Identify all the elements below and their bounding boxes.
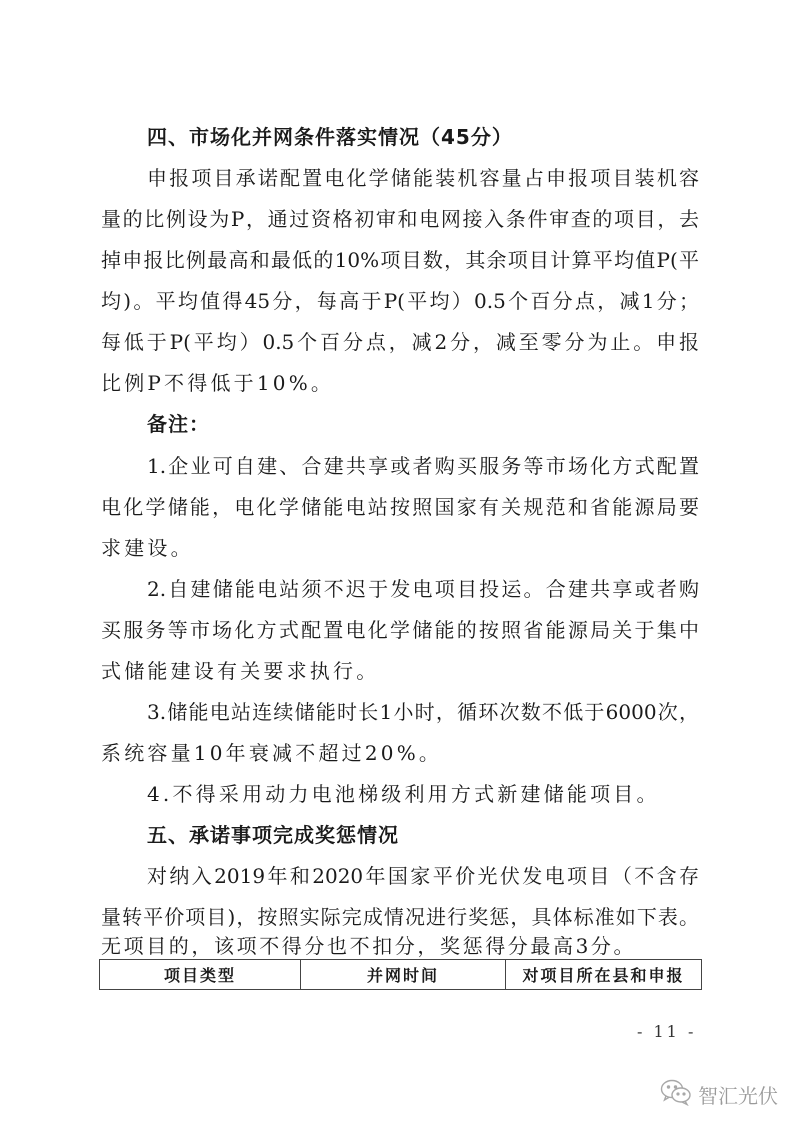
wechat-icon: [660, 1078, 692, 1111]
paragraph-line: 均)。平均值得45分，每高于P(平均）0.5个百分点，减1分；: [101, 287, 699, 315]
paragraph-line: 对纳入2019年和2020年国家平价光伏发电项目（不含存: [147, 862, 699, 890]
note-2-line: 式储能建设有关要求执行。: [101, 657, 699, 685]
note-1-line: 求建设。: [101, 534, 699, 562]
watermark-text: 智汇光伏: [698, 1080, 778, 1109]
document-page: 四、市场化并网条件落实情况（45分） 申报项目承诺配置电化学储能装机容量占申报项…: [0, 0, 800, 1131]
note-3-line: 3.储能电站连续储能时长1小时，循环次数不低于6000次，: [147, 698, 699, 726]
note-2-line: 2.自建储能电站须不迟于发电项目投运。合建共享或者购: [147, 575, 699, 603]
note-3-line: 系统容量10年衰减不超过20%。: [101, 739, 699, 767]
column-header-project-type: 项目类型: [100, 960, 301, 990]
section-5-heading: 五、承诺事项完成奖惩情况: [147, 821, 699, 849]
note-1-line: 1.企业可自建、合建共享或者购买服务等市场化方式配置: [147, 452, 699, 480]
column-header-county-declaration: 对项目所在县和申报: [506, 960, 702, 990]
section-4-heading: 四、市场化并网条件落实情况（45分）: [147, 123, 699, 151]
page-number: - 11 -: [637, 1022, 696, 1041]
column-header-grid-time: 并网时间: [301, 960, 506, 990]
paragraph-line: 无项目的，该项不得分也不扣分，奖惩得分最高3分。: [101, 932, 699, 960]
paragraph-line: 量的比例设为P，通过资格初审和电网接入条件审查的项目，去: [101, 205, 699, 233]
paragraph-line: 掉申报比例最高和最低的10%项目数，其余项目计算平均值P(平: [101, 246, 699, 274]
table-header-row: 项目类型 并网时间 对项目所在县和申报: [100, 960, 702, 990]
paragraph-line: 量转平价项目)，按照实际完成情况进行奖惩，具体标准如下表。: [101, 903, 699, 931]
watermark: 智汇光伏: [660, 1078, 778, 1111]
note-2-line: 买服务等市场化方式配置电化学储能的按照省能源局关于集中: [101, 616, 699, 644]
paragraph-line: 申报项目承诺配置电化学储能装机容量占申报项目装机容: [147, 164, 699, 192]
note-4-line: 4.不得采用动力电池梯级利用方式新建储能项目。: [147, 780, 699, 808]
paragraph-line: 比例P不得低于10%。: [101, 369, 699, 397]
reward-penalty-table: 项目类型 并网时间 对项目所在县和申报: [99, 959, 702, 990]
notes-label: 备注：: [147, 410, 699, 438]
paragraph-line: 每低于P(平均）0.5个百分点，减2分，减至零分为止。申报: [101, 328, 699, 356]
note-1-line: 电化学储能，电化学储能电站按照国家有关规范和省能源局要: [101, 493, 699, 521]
